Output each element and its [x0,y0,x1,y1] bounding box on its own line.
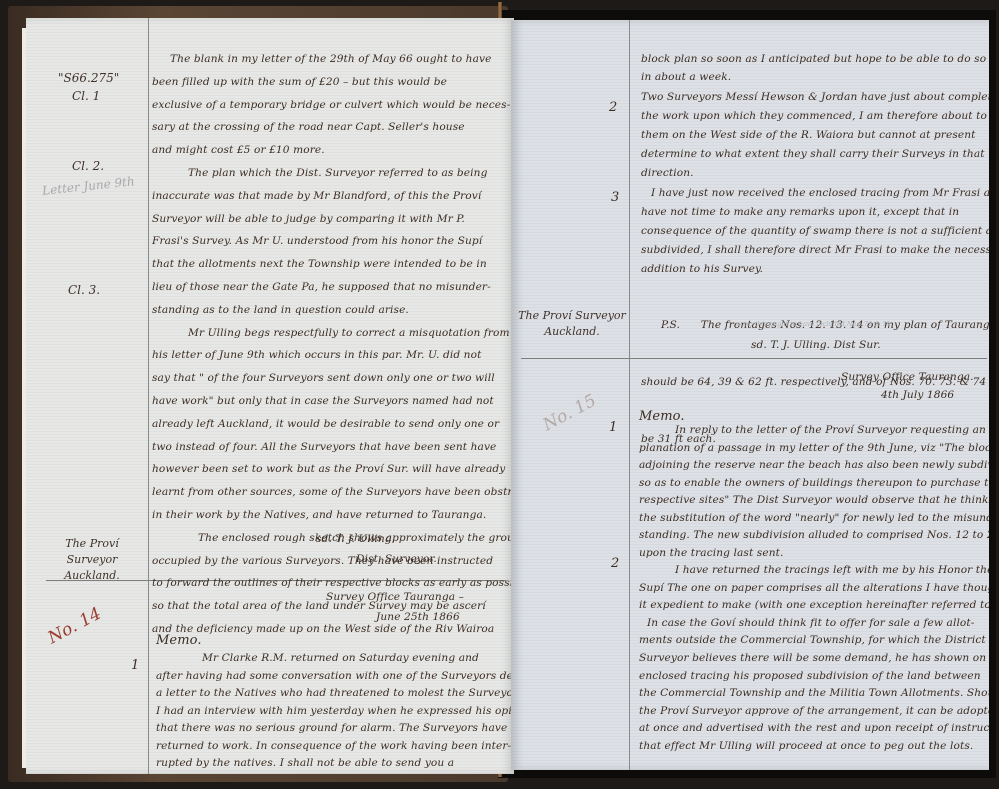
text-line: addition to his Survey. [641,260,989,279]
text-line: Mr Ulling begs respectfully to correct a… [152,322,514,345]
text-line: have not time to make any remarks upon i… [641,203,989,222]
text-line: Two Surveyors Messí Hewson & Jordan have… [641,88,989,107]
text-line: In reply to the letter of the Proví Surv… [639,422,989,440]
text-line: Supí The one on paper comprises all the … [639,580,989,598]
text-line: that effect Mr Ulling will proceed at on… [639,738,989,756]
text-line: In case the Goví should think fit to off… [639,615,989,633]
memo-heading-date: 4th July 1866 [881,384,954,407]
text-line: standing. The new subdivision alluded to… [639,527,989,545]
text-line: I have returned the tracings left with m… [639,562,989,580]
text-line: occupied by the various Surveyors. They … [152,550,514,573]
text-line: in their work by the Natives, and have r… [152,504,514,527]
text-line: returned to work. In consequence of the … [156,738,514,756]
text-line: lieu of those near the Gate Pa, he suppo… [152,276,514,299]
margin-clause-1: Cl. 1 [72,88,100,104]
text-line: ments outside the Commercial Township, f… [639,632,989,650]
text-line: after having had some conversation with … [156,668,514,686]
text-line: standing as to the land in question coul… [152,299,514,322]
letter-heading-date: June 25th 1866 [376,606,460,629]
text-line: it expedient to make (with one exception… [639,597,989,615]
text-line: Surveyor believes there will be some dem… [639,650,989,668]
text-line: sary at the crossing of the road near Ca… [152,116,514,139]
text-line: upon the tracing last sent. [639,545,989,563]
text-line: been filled up with the sum of £20 – but… [152,71,514,94]
text-line: say that " of the four Surveyors sent do… [152,367,514,390]
text-line: I have just now received the enclosed tr… [641,184,989,203]
paragraph-2: Two Surveyors Messí Hewson & Jordan have… [641,88,989,183]
pencil-annotation: note: this ought to have included Nos. 7… [736,320,890,328]
text-line: Frasi's Survey. As Mr U. understood from… [152,230,514,253]
text-line: a letter to the Natives who had threaten… [156,685,514,703]
text-line: have work" but only that in case the Sur… [152,390,514,413]
text-line: adjoining the reserve near the beach has… [639,457,989,475]
memo-paragraph-1: In reply to the letter of the Proví Surv… [639,422,989,562]
text-line: his letter of June 9th which occurs in t… [152,344,514,367]
text-line: enclosed tracing his proposed subdivisio… [639,668,989,686]
paragraph-number-2: 2 [609,100,617,115]
text-line: however been set to work but as the Prov… [152,458,514,481]
memo-body: Mr Clarke R.M. returned on Saturday even… [156,650,514,773]
text-line: the substitution of the word "nearly" fo… [639,510,989,528]
margin-rule [148,18,149,774]
text-line: that there was no serious ground for ala… [156,720,514,738]
text-line: block plan so soon as I anticipated but … [641,50,986,68]
text-line: them on the West side of the R. Waiora b… [641,126,989,145]
margin-addressee: The Proví Surveyor Auckland. [42,536,142,584]
text-line: in about a week. [641,68,986,86]
memo-paragraph-number-1: 1 [609,420,617,435]
text-line: exclusive of a temporary bridge or culve… [152,94,514,117]
margin-addressee: The Proví Surveyor Auckland. [517,308,627,340]
letter-number-stamp: No. 15 [541,392,599,433]
margin-clause-2: Cl. 2. [72,158,104,174]
text-line: I had an interview with him yesterday wh… [156,703,514,721]
text-line: the Commercial Township and the Militia … [639,685,989,703]
paragraph-number-3: 3 [611,190,619,205]
text-line: and might cost £5 or £10 more. [152,139,514,162]
margin-clause-3: Cl. 3. [68,282,100,298]
text-line: so as to enable the owners of buildings … [639,475,989,493]
margin-ref-number: "S66.275" [58,70,119,86]
left-page: "S66.275" Cl. 1 Cl. 2. Letter June 9th C… [26,18,514,774]
text-line: at once and advertised with the rest and… [639,720,989,738]
letter-body: The blank in my letter of the 29th of Ma… [152,48,514,641]
text-line: already left Auckland, it would be desir… [152,413,514,436]
text-line: The blank in my letter of the 29th of Ma… [152,48,514,71]
paragraph-3: I have just now received the enclosed tr… [641,184,989,279]
paragraph-number: 1 [131,658,139,673]
memo-paragraph-2: I have returned the tracings left with m… [639,562,989,756]
text-line: learnt from other sources, some of the S… [152,481,514,504]
right-page: 2 3 The Proví Surveyor Auckland. No. 15 … [511,20,989,770]
text-line: inaccurate was that made by Mr Blandford… [152,185,514,208]
text-line: determine to what extent they shall carr… [641,145,989,164]
margin-pencil-note: Letter June 9th [41,173,135,199]
signature: sd. T. J. Ulling. Dist Sur. [751,334,881,357]
text-line: Surveyor will be able to judge by compar… [152,208,514,231]
text-line: subdivided, I shall therefore direct Mr … [641,241,989,260]
text-line: planation of a passage in my letter of t… [639,440,989,458]
letter-number-stamp: No. 14 [46,605,104,646]
text-line: rupted by the natives. I shall not be ab… [156,755,514,773]
text-line: Mr Clarke R.M. returned on Saturday even… [156,650,514,668]
memo-paragraph-number-2: 2 [611,556,619,571]
text-line: direction. [641,164,989,183]
signature-title: Dist. Surveyor. [356,548,437,571]
text-line: two instead of four. All the Surveyors t… [152,436,514,459]
margin-rule [629,20,630,770]
text-line: the work upon which they commenced, I am… [641,107,989,126]
text-line: the Proví Surveyor approve of the arrang… [639,703,989,721]
text-line: that the allotments next the Township we… [152,253,514,276]
text-line: consequence of the quantity of swamp the… [641,222,989,241]
text-line: respective sites" The Dist Surveyor woul… [639,492,989,510]
text-line: The plan which the Dist. Surveyor referr… [152,162,514,185]
continuation-text: block plan so soon as I anticipated but … [641,50,986,86]
